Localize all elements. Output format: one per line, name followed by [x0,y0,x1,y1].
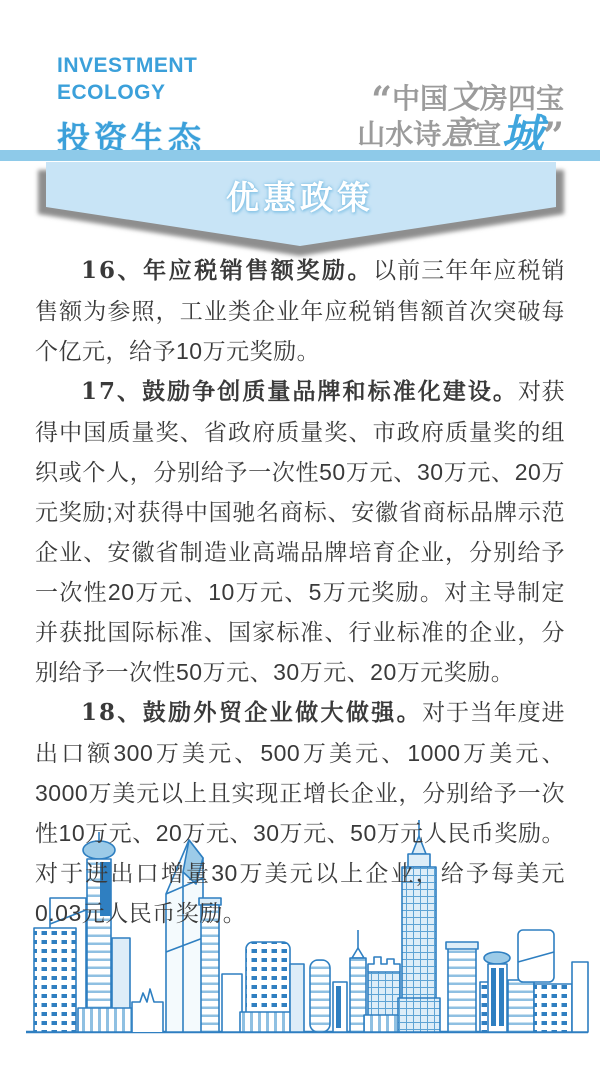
title-english-line2: ECOLOGY [57,79,205,106]
calligraphic-char: 意 [441,114,473,152]
policy-body: 对获得中国质量奖、省政府质量奖、市政府质量奖的组织或个人，分别给予一次性50万元… [35,378,565,685]
brochure-page: INVESTMENT ECOLOGY 投资生态 “中国文房四宝山水诗意宣城” 优… [0,0,600,1067]
city-slogan: “中国文房四宝山水诗意宣城” [357,80,564,152]
section-title: 优惠政策 [0,172,600,219]
policy-lead: 16、年应税销售额奖励。 [81,257,373,284]
policy-body: 对于当年度进出口额300万美元、500万美元、1000万美元、3000万美元以上… [35,699,565,926]
title-english-line1: INVESTMENT [57,52,205,79]
slogan-line2: 山水诗意宣城” [357,116,564,152]
slogan-text: 宣 [473,119,501,150]
slogan-text: 中国 [392,83,448,114]
policy-item-17: 17、鼓励争创质量品牌和标准化建设。对获得中国质量奖、省政府质量奖、市政府质量奖… [35,371,565,692]
policy-lead: 18、鼓励外贸企业做大做强。 [81,699,422,726]
open-quote: “ [371,79,392,121]
policy-item-18: 18、鼓励外贸企业做大做强。对于当年度进出口额300万美元、500万美元、100… [35,692,565,933]
policy-lead: 17、鼓励争创质量品牌和标准化建设。 [81,378,518,405]
calligraphic-char: 文 [448,78,480,116]
slogan-text: 山水诗 [357,119,441,150]
policy-text-block: 16、年应税销售额奖励。以前三年年应税销售额为参照，工业类企业年应税销售额首次突… [35,250,565,933]
page-title-block: INVESTMENT ECOLOGY 投资生态 [57,52,205,160]
policy-item-16: 16、年应税销售额奖励。以前三年年应税销售额为参照，工业类企业年应税销售额首次突… [35,250,565,371]
